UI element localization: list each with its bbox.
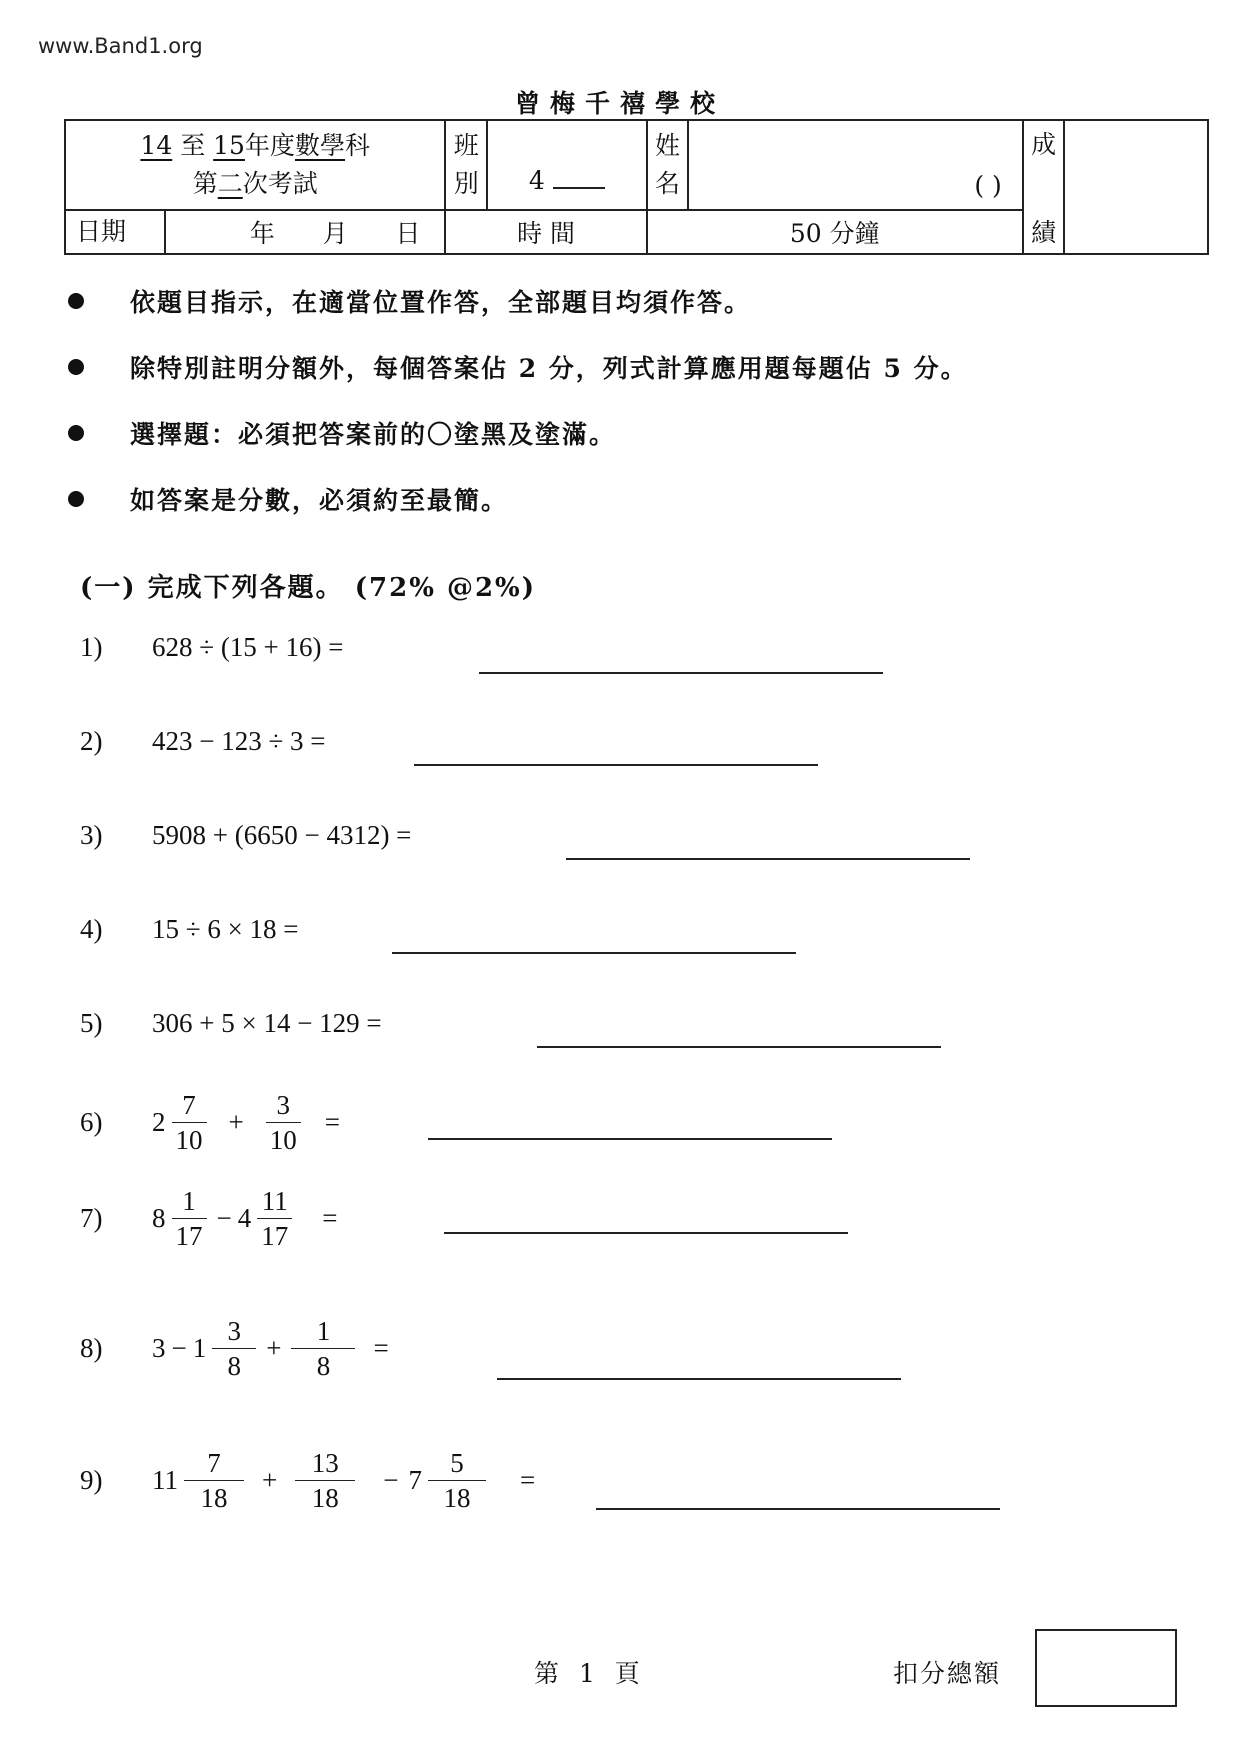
equals: = bbox=[373, 1333, 388, 1364]
equals: = bbox=[520, 1465, 535, 1496]
deduction-box[interactable] bbox=[1035, 1629, 1177, 1707]
exam-number: 二 bbox=[218, 169, 243, 198]
fraction: 710 bbox=[172, 1088, 207, 1157]
operator: − bbox=[383, 1465, 398, 1496]
score-box[interactable] bbox=[1064, 120, 1208, 254]
instruction-item: 選擇題：必須把答案前的〇塗黑及塗滿。 bbox=[68, 400, 1168, 466]
year-separator: 至 bbox=[180, 131, 205, 160]
mixed-whole: 7 bbox=[408, 1465, 422, 1496]
exam-suffix: 次考試 bbox=[243, 169, 318, 198]
fraction: 38 bbox=[212, 1314, 256, 1383]
operator: + bbox=[229, 1107, 244, 1138]
bullet-icon bbox=[68, 359, 84, 375]
date-year: 年 bbox=[250, 214, 275, 250]
class-label-2: 別 bbox=[446, 165, 486, 203]
answer-line-5[interactable] bbox=[537, 1046, 941, 1048]
score-label-2: 績 bbox=[1024, 213, 1064, 249]
question-6: 6) 2 710 + 310 = bbox=[80, 1088, 346, 1157]
fraction: 718 bbox=[184, 1446, 244, 1515]
page-number: 第 1 頁 bbox=[534, 1654, 646, 1690]
bullet-icon bbox=[68, 293, 84, 309]
mixed-whole: 11 bbox=[152, 1465, 178, 1496]
question-3: 3) 5908 + (6650 − 4312) = bbox=[80, 820, 411, 851]
name-label: 姓 名 bbox=[647, 120, 689, 210]
class-number-paren[interactable]: ( ) bbox=[974, 171, 1001, 200]
fraction: 1117 bbox=[257, 1184, 292, 1253]
instruction-text: 除特別註明分額外，每個答案佔 2 分，列式計算應用題每題佔 5 分。 bbox=[130, 349, 968, 385]
question-expression: 423 − 123 ÷ 3 = bbox=[152, 726, 326, 757]
equals: = bbox=[325, 1107, 340, 1138]
name-field[interactable]: ( ) bbox=[688, 120, 1023, 210]
answer-line-8[interactable] bbox=[497, 1378, 901, 1380]
operator: − bbox=[217, 1203, 232, 1234]
deduction-label: 扣分總額 bbox=[893, 1654, 1001, 1690]
time-label: 時 間 bbox=[445, 210, 646, 254]
date-day: 日 bbox=[396, 214, 421, 250]
subject: 數學 bbox=[295, 131, 345, 160]
score-label: 成 績 bbox=[1023, 120, 1065, 254]
date-row: 日期 年 月 日 bbox=[65, 210, 445, 254]
class-value: 4 bbox=[529, 166, 545, 195]
score-label-1: 成 bbox=[1024, 125, 1064, 161]
mixed-whole: 2 bbox=[152, 1107, 166, 1138]
question-number: 8) bbox=[80, 1333, 152, 1364]
operator: − bbox=[172, 1333, 187, 1364]
question-number: 6) bbox=[80, 1107, 152, 1138]
bullet-icon bbox=[68, 425, 84, 441]
class-label-1: 班 bbox=[446, 127, 486, 165]
answer-line-7[interactable] bbox=[444, 1232, 848, 1234]
instruction-text: 依題目指示，在適當位置作答，全部題目均須作答。 bbox=[130, 283, 751, 319]
watermark-link[interactable]: www.Band1.org bbox=[38, 34, 203, 58]
answer-line-4[interactable] bbox=[392, 952, 796, 954]
equals: = bbox=[322, 1203, 337, 1234]
school-name: 曾梅千禧學校 bbox=[0, 84, 1240, 120]
question-number: 7) bbox=[80, 1203, 152, 1234]
fraction: 117 bbox=[172, 1184, 207, 1253]
exam-header-table: 14 至 15年度數學科 第二次考試 班 別 4 姓 名 ( ) 成 績 bbox=[64, 119, 1209, 255]
mixed-whole: 8 bbox=[152, 1203, 166, 1234]
date-label: 日期 bbox=[66, 211, 166, 253]
name-label-1: 姓 bbox=[648, 127, 688, 165]
answer-line-6[interactable] bbox=[428, 1138, 832, 1140]
question-number: 4) bbox=[80, 914, 152, 945]
question-8: 8) 3 − 1 38 + 18 = bbox=[80, 1314, 395, 1383]
question-expression: 306 + 5 × 14 − 129 = bbox=[152, 1008, 382, 1039]
class-field[interactable]: 4 bbox=[487, 120, 647, 210]
instruction-item: 除特別註明分額外，每個答案佔 2 分，列式計算應用題每題佔 5 分。 bbox=[68, 334, 1168, 400]
section-title: (一) 完成下列各題。 (72% @2%) bbox=[80, 567, 536, 604]
instructions-list: 依題目指示，在適當位置作答，全部題目均須作答。 除特別註明分額外，每個答案佔 2… bbox=[68, 268, 1168, 532]
date-month: 月 bbox=[323, 214, 348, 250]
fraction: 1318 bbox=[295, 1446, 355, 1515]
operator: + bbox=[262, 1465, 277, 1496]
question-5: 5) 306 + 5 × 14 − 129 = bbox=[80, 1008, 382, 1039]
answer-line-1[interactable] bbox=[479, 672, 883, 674]
answer-line-3[interactable] bbox=[566, 858, 970, 860]
mixed-whole: 4 bbox=[238, 1203, 252, 1234]
question-expression: 628 ÷ (15 + 16) = bbox=[152, 632, 344, 663]
year-to: 15 bbox=[213, 131, 245, 160]
class-blank[interactable] bbox=[553, 187, 605, 189]
question-4: 4) 15 ÷ 6 × 18 = bbox=[80, 914, 299, 945]
exam-prefix: 第 bbox=[193, 169, 218, 198]
fraction: 310 bbox=[266, 1088, 301, 1157]
answer-line-2[interactable] bbox=[414, 764, 818, 766]
date-field[interactable]: 年 月 日 bbox=[166, 214, 444, 250]
instruction-item: 如答案是分數，必須約至最簡。 bbox=[68, 466, 1168, 532]
question-2: 2) 423 − 123 ÷ 3 = bbox=[80, 726, 326, 757]
time-value: 50 分鐘 bbox=[647, 210, 1023, 254]
instruction-text: 選擇題：必須把答案前的〇塗黑及塗滿。 bbox=[130, 415, 616, 451]
question-number: 9) bbox=[80, 1465, 152, 1496]
question-expression: 5908 + (6650 − 4312) = bbox=[152, 820, 411, 851]
question-7: 7) 8 117 − 4 1117 = bbox=[80, 1184, 343, 1253]
question-expression: 15 ÷ 6 × 18 = bbox=[152, 914, 299, 945]
answer-line-9[interactable] bbox=[596, 1508, 1000, 1510]
question-1: 1) 628 ÷ (15 + 16) = bbox=[80, 632, 344, 663]
fraction: 518 bbox=[428, 1446, 486, 1515]
question-number: 1) bbox=[80, 632, 152, 663]
bullet-icon bbox=[68, 491, 84, 507]
question-number: 5) bbox=[80, 1008, 152, 1039]
operator: + bbox=[266, 1333, 281, 1364]
whole-number: 3 bbox=[152, 1333, 166, 1364]
instruction-item: 依題目指示，在適當位置作答，全部題目均須作答。 bbox=[68, 268, 1168, 334]
year-from: 14 bbox=[140, 131, 172, 160]
fraction: 18 bbox=[291, 1314, 355, 1383]
instruction-text: 如答案是分數，必須約至最簡。 bbox=[130, 481, 508, 517]
question-number: 3) bbox=[80, 820, 152, 851]
name-label-2: 名 bbox=[648, 165, 688, 203]
exam-title-cell: 14 至 15年度數學科 第二次考試 bbox=[65, 120, 445, 210]
class-label: 班 別 bbox=[445, 120, 487, 210]
subject-suffix: 科 bbox=[345, 131, 370, 160]
mixed-whole: 1 bbox=[193, 1333, 207, 1364]
question-9: 9) 11 718 + 1318 − 7 518 = bbox=[80, 1446, 541, 1515]
question-number: 2) bbox=[80, 726, 152, 757]
year-suffix: 年度 bbox=[245, 131, 295, 160]
